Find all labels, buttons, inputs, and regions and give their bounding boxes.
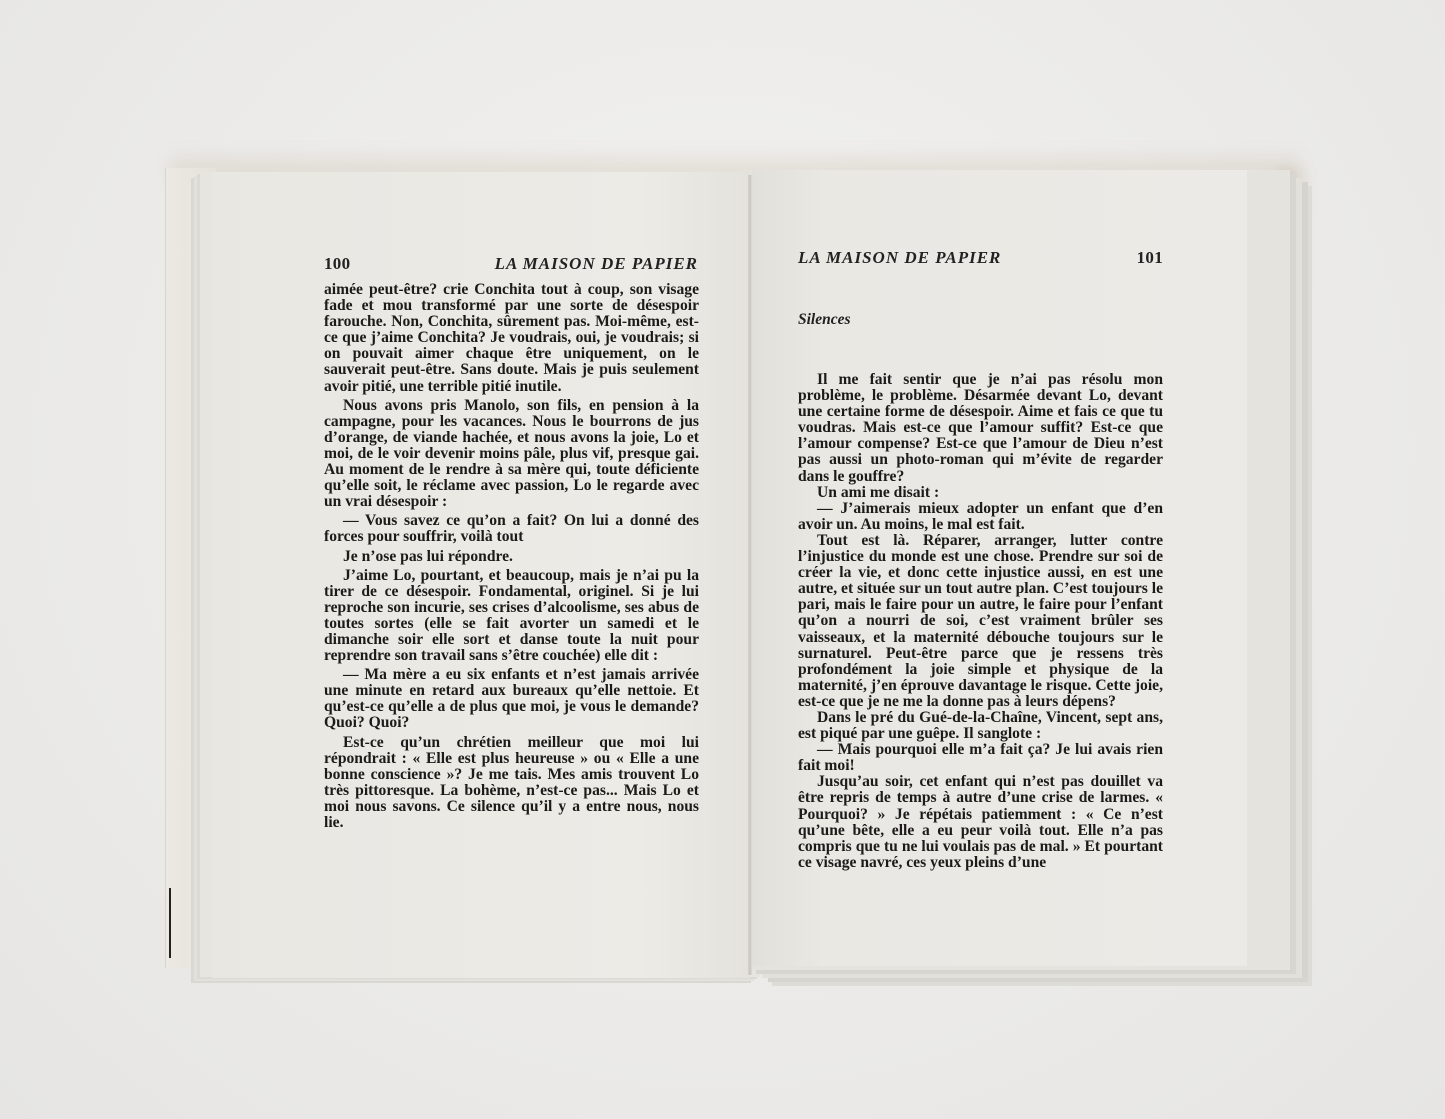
spine-mark	[169, 888, 171, 958]
section-title: Silences	[798, 311, 851, 329]
right-page: LA MAISON DE PAPIER 101 Silences Il me f…	[752, 170, 1247, 966]
paragraph: aimée peut-être? crie Conchita tout à co…	[324, 282, 699, 395]
paragraph: Est-ce qu’un chrétien meilleur que moi l…	[324, 735, 699, 832]
paragraph: Jusqu’au soir, cet enfant qui n’est pas …	[798, 774, 1163, 871]
left-page: 100 LA MAISON DE PAPIER aimée peut-être?…	[212, 172, 750, 978]
right-page-body: Il me fait sentir que je n’ai pas résolu…	[798, 372, 1163, 871]
paragraph: J’aime Lo, pourtant, et beaucoup, mais j…	[324, 568, 699, 665]
left-running-head: 100 LA MAISON DE PAPIER	[324, 254, 698, 274]
paragraph: Nous avons pris Manolo, son fils, en pen…	[324, 398, 699, 511]
paragraph: Je n’ose pas lui répondre.	[324, 549, 699, 565]
page-number-right: 101	[1137, 248, 1163, 268]
running-head-title-right: LA MAISON DE PAPIER	[798, 248, 1001, 267]
right-running-head: LA MAISON DE PAPIER 101	[798, 248, 1163, 268]
paragraph: — Vous savez ce qu’on a fait? On lui a d…	[324, 513, 699, 545]
paragraph: Dans le pré du Gué-de-la-Chaîne, Vincent…	[798, 710, 1163, 742]
paragraph: Tout est là. Réparer, arranger, lutter c…	[798, 533, 1163, 710]
paragraph: — Mais pourquoi elle m’a fait ça? Je lui…	[798, 742, 1163, 774]
paragraph: Un ami me disait :	[798, 485, 1163, 501]
left-page-body: aimée peut-être? crie Conchita tout à co…	[324, 282, 699, 831]
running-head-title-left: LA MAISON DE PAPIER	[495, 254, 698, 274]
page-number-left: 100	[324, 254, 350, 273]
paragraph: — Ma mère a eu six enfants et n’est jama…	[324, 667, 699, 731]
paragraph: Il me fait sentir que je n’ai pas résolu…	[798, 372, 1163, 485]
paragraph: — J’aimerais mieux adopter un enfant que…	[798, 501, 1163, 533]
